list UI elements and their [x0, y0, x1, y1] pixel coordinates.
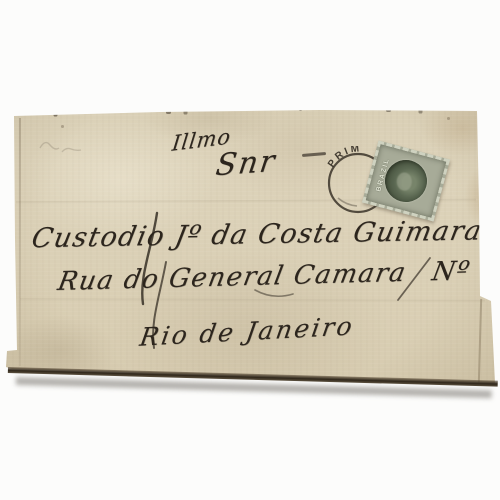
postmark-town-text: PRIM — [326, 146, 362, 170]
emperor-portrait-icon — [396, 172, 413, 192]
salutation-snr: Snr — [214, 144, 279, 184]
folded-letter-cover: Illmo Snr Custodio Jº da Costa Guimaraes… — [0, 0, 500, 500]
svg-text:PRIM: PRIM — [326, 146, 362, 170]
street-number: Nº 14 — [430, 255, 500, 287]
photo-of-postal-cover: Illmo Snr Custodio Jº da Costa Guimaraes… — [0, 0, 500, 500]
edge-specks — [0, 0, 1, 1]
pencil-squiggle-mark — [36, 136, 86, 162]
